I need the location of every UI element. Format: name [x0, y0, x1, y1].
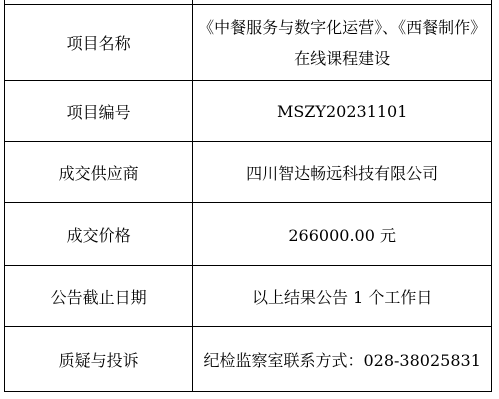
row-value: 《中餐服务与数字化运营》、《西餐制作》 在线课程建设 [193, 5, 492, 81]
row-value: 266000.00 元 [193, 203, 492, 266]
table-row: 成交价格 266000.00 元 [5, 203, 492, 266]
document-page: 项目名称 《中餐服务与数字化运营》、《西餐制作》 在线课程建设 项目编号 MSZ… [0, 0, 499, 399]
row-value: 纪检监察室联系方式：028-38025831 [193, 327, 492, 392]
table-row: 公告截止日期 以上结果公告 1 个工作日 [5, 266, 492, 327]
row-label: 成交价格 [5, 203, 193, 266]
row-label: 质疑与投诉 [5, 327, 193, 392]
project-name-line2: 在线课程建设 [195, 43, 489, 74]
table-row: 项目名称 《中餐服务与数字化运营》、《西餐制作》 在线课程建设 [5, 5, 492, 81]
announcement-table: 项目名称 《中餐服务与数字化运营》、《西餐制作》 在线课程建设 项目编号 MSZ… [4, 0, 492, 392]
table-row: 成交供应商 四川智达畅远科技有限公司 [5, 142, 492, 203]
row-value: 以上结果公告 1 个工作日 [193, 266, 492, 327]
row-label: 项目名称 [5, 5, 193, 81]
project-name-line1: 《中餐服务与数字化运营》、《西餐制作》 [195, 12, 489, 43]
table-row: 质疑与投诉 纪检监察室联系方式：028-38025831 [5, 327, 492, 392]
row-value: 四川智达畅远科技有限公司 [193, 142, 492, 203]
table-row: 项目编号 MSZY20231101 [5, 81, 492, 142]
row-label: 公告截止日期 [5, 266, 193, 327]
row-label: 项目编号 [5, 81, 193, 142]
row-label: 成交供应商 [5, 142, 193, 203]
row-value: MSZY20231101 [193, 81, 492, 142]
